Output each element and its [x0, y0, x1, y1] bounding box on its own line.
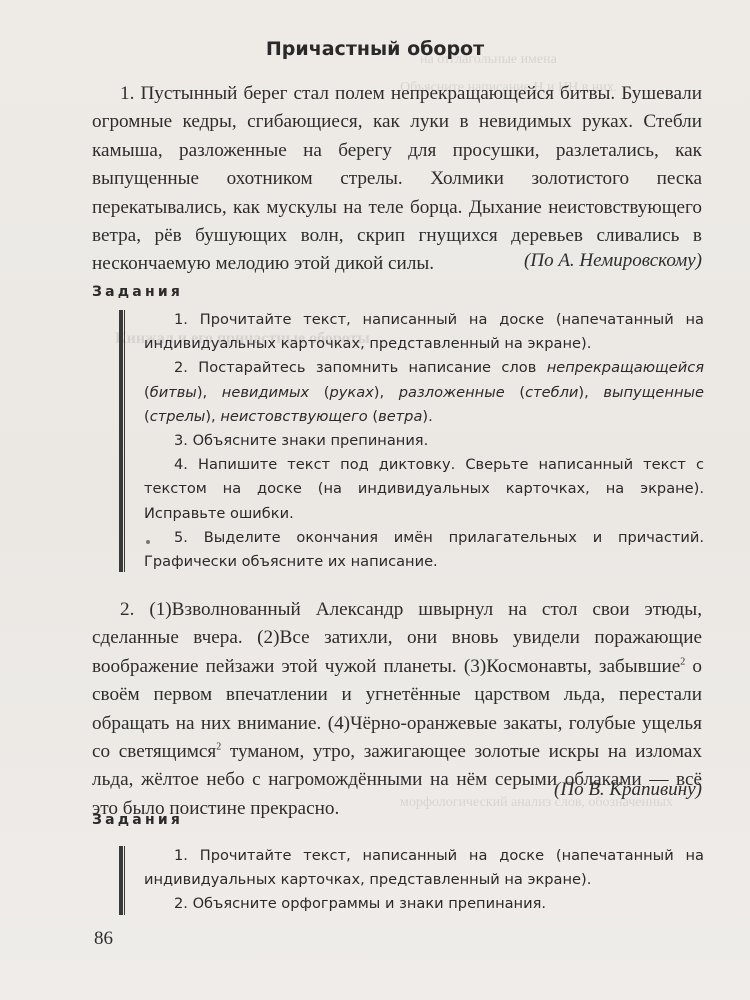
highlight-word: разложенные [399, 384, 505, 401]
task-item: 2. Постарайтесь запомнить написание слов… [144, 356, 704, 429]
task-item: 5. Выделите окончания имён прилагательны… [144, 526, 704, 574]
task-item: 1. Прочитайте текст, написанный на доске… [144, 844, 704, 892]
exercise-body: Пустынный берег стал полем непрекращающе… [92, 83, 702, 274]
task-item: 3. Объясните знаки препинания. [144, 429, 704, 453]
highlight-word: неистовствующего [220, 408, 367, 425]
book-page: на отглагольные имена Объясните написани… [0, 0, 750, 1000]
highlight-word: выпущенные [603, 384, 704, 401]
task-item: 2. Объясните орфограммы и знаки препинан… [144, 892, 704, 916]
task-item: 1. Прочитайте текст, написанный на доске… [144, 308, 704, 356]
tasks-heading: Задания [92, 284, 183, 300]
tasks-2-block: 1. Прочитайте текст, написанный на доске… [122, 844, 704, 917]
exercise-number: 1. [120, 83, 134, 104]
tasks-heading: Задания [92, 812, 183, 828]
highlight-word: невидимых [222, 384, 309, 401]
task-item: 4. Напишите текст под диктовку. Сверьте … [144, 453, 704, 526]
sidebar-rule [119, 846, 125, 915]
sidebar-rule [119, 310, 125, 572]
exercise-1-attribution: (По А. Немировскому) [524, 250, 702, 272]
exercise-number: 2. [120, 599, 134, 620]
tasks-1-block: 1. Прочитайте текст, написанный на доске… [122, 308, 704, 574]
highlight-word: непрекращающейся [547, 359, 704, 376]
exercise-2-attribution: (По В. Крапивину) [554, 779, 702, 801]
print-speck [146, 540, 150, 544]
page-number: 86 [94, 928, 113, 950]
page-title: Причастный оборот [0, 38, 750, 60]
